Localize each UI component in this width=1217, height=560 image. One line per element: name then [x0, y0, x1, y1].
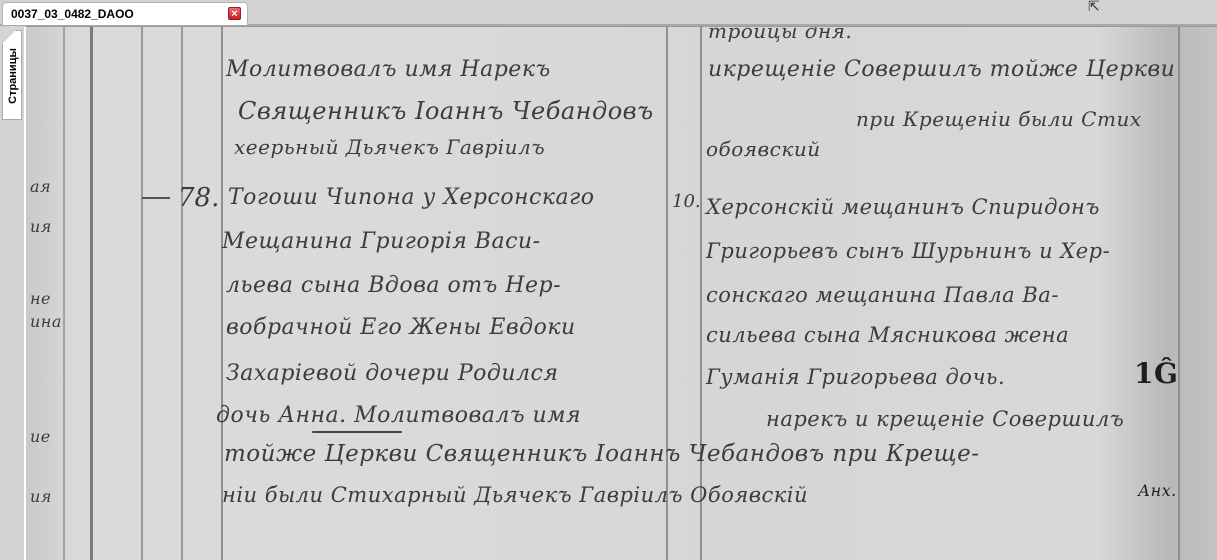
handwritten-line: Григорьевъ сынъ Шурьнинъ и Хер- [706, 239, 1110, 263]
ruling-line [221, 27, 223, 560]
pages-side-tab[interactable]: Страницы [2, 30, 22, 120]
handwritten-line: Захаріевой дочери Родился [226, 361, 558, 386]
handwritten-line: ніи были Стихарный Дьячекъ Гавріилъ Обоя… [222, 483, 808, 507]
tab-bar: 0037_03_0482_DAOO × ⇱ [0, 0, 1217, 26]
document-tab-title: 0037_03_0482_DAOO [11, 7, 134, 21]
handwritten-line: Мещанина Григорія Васи- [222, 229, 541, 254]
handwritten-line: Священникъ Іоаннъ Чебандовъ [238, 97, 654, 125]
margin-fragment: ия [30, 487, 52, 506]
document-tab[interactable]: 0037_03_0482_DAOO × [2, 2, 248, 25]
mouse-cursor-icon: ⇱ [1088, 0, 1100, 15]
ruling-line [141, 27, 143, 560]
handwritten-line: сильева сына Мясникова жена [706, 323, 1069, 347]
margin-fragment: ие [30, 427, 51, 446]
handwritten-line: троицы дня. [708, 26, 852, 43]
handwritten-line: обоявский [706, 137, 821, 161]
ruling-line [1178, 27, 1180, 560]
handwritten-line: Гуманія Григорьева дочь. [706, 365, 1005, 389]
entry-dash [142, 197, 170, 199]
ruling-line [63, 27, 65, 560]
handwritten-line: при Крещеніи были Стих [856, 107, 1142, 131]
document-viewer[interactable]: ая ия не ина ие ия троицы дня. Молитвова… [24, 26, 1217, 560]
handwritten-line: тойже Церкви Священникъ Іоаннъ Чебандовъ… [224, 441, 980, 467]
handwritten-note: Анх. [1138, 481, 1177, 500]
name-underline [312, 431, 402, 433]
ruling-line [181, 27, 183, 560]
margin-fragment: ая [30, 177, 51, 196]
handwritten-line: хеерьный Дьячекъ Гавріилъ [234, 135, 545, 159]
sidebar: Страницы [0, 26, 24, 560]
handwritten-line: Молитвовалъ имя Нарекъ [226, 57, 551, 82]
ruling-line [90, 27, 93, 560]
ruling-line [666, 27, 668, 560]
day-number: 10. [672, 191, 701, 212]
handwritten-line: Херсонскій мещанинъ Спиридонъ [706, 195, 1100, 219]
handwritten-line: икрещеніе Совершилъ тойже Церкви [708, 57, 1175, 82]
margin-fragment: ина [30, 312, 62, 331]
entry-number: 78. [178, 183, 219, 213]
handwritten-line: нарекъ и крещеніе Совершилъ [766, 407, 1124, 431]
ruling-line [700, 27, 702, 560]
handwritten-line: Тогоши Чипона у Херсонскаго [228, 185, 595, 210]
margin-fragment: ия [30, 217, 52, 236]
handwritten-line: сонскаго мещанина Павла Ва- [706, 283, 1059, 307]
margin-note: 1Ĝ [1134, 357, 1178, 390]
close-icon[interactable]: × [228, 7, 241, 20]
handwritten-line: дочь Анна. Молитвовалъ имя [216, 403, 581, 428]
pages-side-tab-label: Страницы [3, 31, 23, 121]
handwritten-line: вобрачной Его Жены Евдоки [226, 315, 576, 340]
margin-fragment: не [30, 289, 51, 308]
handwritten-line: льева сына Вдова отъ Нер- [226, 273, 561, 298]
